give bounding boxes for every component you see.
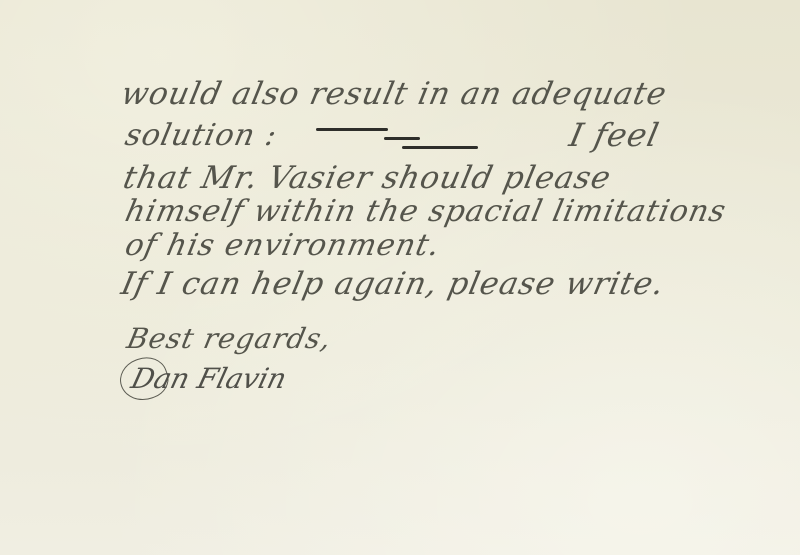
letter-closing: Best regards, [124,322,335,355]
letter-line-2-continued: I feel [566,116,663,154]
strikethrough-mark-1 [316,128,388,131]
letter-line-1: would also result in an adequate [118,76,670,112]
handwritten-letter-page: would also result in an adequate solutio… [0,0,800,555]
letter-line-4: himself within the spacial limitations [122,194,729,229]
signature: Dan Flavin [128,362,290,395]
letter-line-6: If I can help again, please write. [118,266,668,302]
strikethrough-mark-3 [402,146,478,149]
letter-line-5: of his environment. [122,228,443,263]
strikethrough-mark-2 [384,137,420,140]
letter-line-2: solution : [122,118,281,153]
letter-line-3: that Mr. Vasier should please [120,160,615,196]
